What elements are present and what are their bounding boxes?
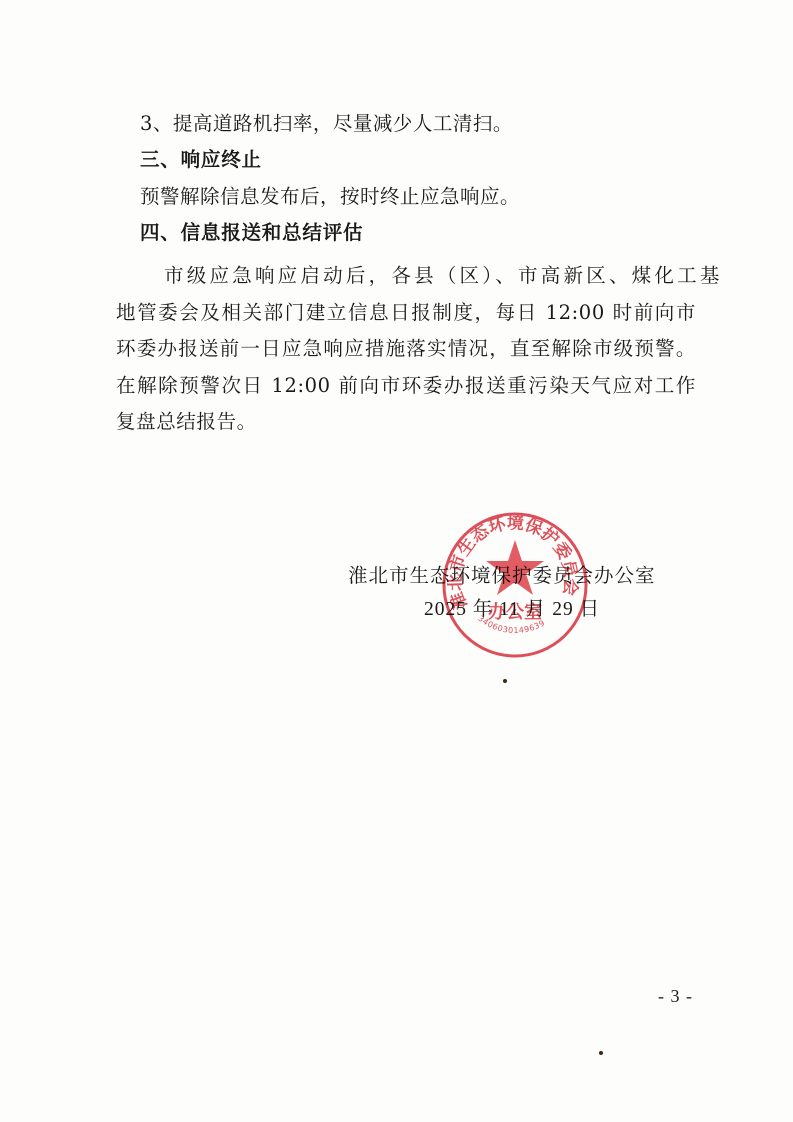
list-item-3: 3、提高道路机扫率，尽量减少人工清扫。	[140, 112, 513, 136]
seal-bottom-text: 办公室	[488, 601, 542, 623]
paragraph-line: 市级应急响应启动后，各县（区）、市高新区、煤化工基	[164, 258, 720, 295]
page-number: - 3 -	[658, 985, 693, 1007]
paragraph-line: 在解除预警次日 12:00 前向市环委办报送重污染天气应对工作	[116, 368, 696, 405]
paragraph-line: 复盘总结报告。	[116, 404, 696, 441]
scan-speck	[599, 1051, 603, 1055]
section-heading-info-reporting: 四、信息报送和总结评估	[140, 221, 363, 245]
document-page: 3、提高道路机扫率，尽量减少人工清扫。 三、响应终止 预警解除信息发布后，按时终…	[0, 0, 793, 1122]
section-body-response-termination: 预警解除信息发布后，按时终止应急响应。	[140, 185, 520, 209]
section-body-info-reporting: 市级应急响应启动后，各县（区）、市高新区、煤化工基 地管委会及相关部门建立信息日…	[140, 258, 720, 441]
star-icon	[486, 540, 544, 595]
scan-speck	[503, 679, 507, 683]
paragraph-line: 地管委会及相关部门建立信息日报制度，每日 12:00 时前向市	[116, 295, 696, 332]
section-heading-response-termination: 三、响应终止	[140, 148, 262, 172]
paragraph-line: 环委办报送前一日应急响应措施落实情况，直至解除市级预警。	[116, 331, 696, 368]
official-seal: 淮北市生态环境保护委员会 办公室 3406030149639	[440, 510, 590, 660]
